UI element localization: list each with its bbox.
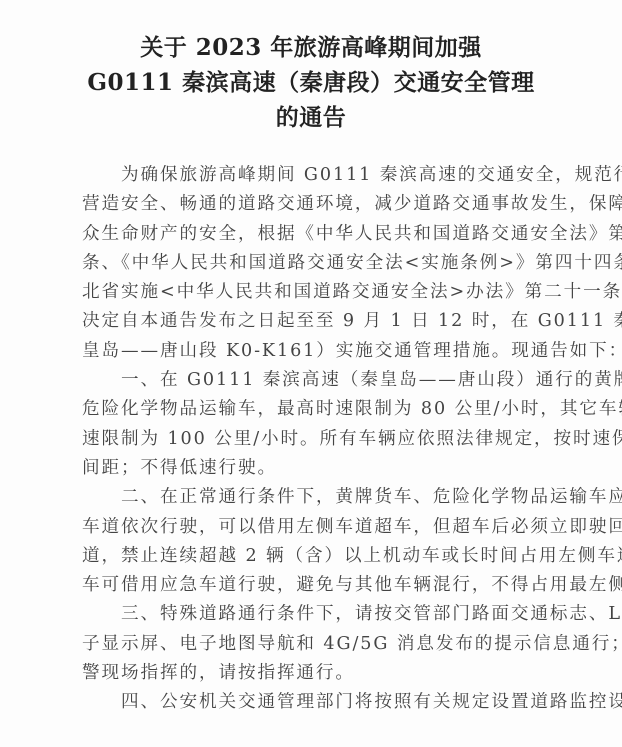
clause-2-line: 道，禁止连续超越 2 辆（含）以上机动车或长时间占用左侧车道。摩托: [82, 542, 554, 571]
preamble-line: 众生命财产的安全，根据《中华人民共和国道路交通安全法》第三十九: [82, 220, 554, 249]
clause-3-line: 三、特殊道路通行条件下，请按交管部门路面交通标志、LED 电: [82, 600, 554, 629]
clause-1-line: 速限制为 100 公里/小时。所有车辆应依照法律规定，按时速保持行车: [82, 425, 554, 454]
document-page: 关于 2023 年旅游高峰期间加强 G0111 秦滨高速（秦唐段）交通安全管理 …: [0, 0, 622, 747]
clause-3-line: 警现场指挥的，请按指挥通行。: [82, 659, 554, 688]
clause-2-line: 车道依次行驶，可以借用左侧车道超车，但超车后必须立即驶回右侧车: [82, 513, 554, 542]
preamble-line: 为确保旅游高峰期间 G0111 秦滨高速的交通安全，规范行车秩序，: [82, 161, 554, 190]
title-line-3: 的通告: [0, 100, 622, 135]
clause-1-line: 危险化学物品运输车，最高时速限制为 80 公里/小时，其它车辆最高时: [82, 395, 554, 424]
document-body: 为确保旅游高峰期间 G0111 秦滨高速的交通安全，规范行车秩序， 营造安全、畅…: [82, 161, 554, 718]
clause-2-line: 二、在正常通行条件下，黄牌货车、危险化学物品运输车应在右侧: [82, 483, 554, 512]
title-line-1: 关于 2023 年旅游高峰期间加强: [0, 30, 622, 65]
title-line-2: G0111 秦滨高速（秦唐段）交通安全管理: [0, 65, 622, 100]
preamble-line: 条、《中华人民共和国道路交通安全法<实施条例>》第四十四条、《河: [82, 249, 554, 278]
document-title: 关于 2023 年旅游高峰期间加强 G0111 秦滨高速（秦唐段）交通安全管理 …: [0, 30, 622, 135]
preamble-line: 决定自本通告发布之日起至至 9 月 1 日 12 时，在 G0111 秦滨高速（…: [82, 307, 554, 336]
preamble-line: 北省实施<中华人民共和国道路交通安全法>办法》第二十一条的规定，: [82, 278, 554, 307]
clause-1-line: 间距；不得低速行驶。: [82, 454, 554, 483]
preamble-line: 营造安全、畅通的道路交通环境，减少道路交通事故发生，保障人民群: [82, 190, 554, 219]
clause-1-line: 一、在 G0111 秦滨高速（秦皇岛——唐山段）通行的黄牌货车、: [82, 366, 554, 395]
clause-2-line: 车可借用应急车道行驶，避免与其他车辆混行，不得占用最左侧车道。: [82, 571, 554, 600]
preamble-line: 皇岛——唐山段 K0-K161）实施交通管理措施。现通告如下：: [82, 337, 554, 366]
clause-3-line: 子显示屏、电子地图导航和 4G/5G 消息发布的提示信息通行；遇有民: [82, 630, 554, 659]
clause-4-line: 四、公安机关交通管理部门将按照有关规定设置道路监控设备，采: [82, 688, 554, 717]
